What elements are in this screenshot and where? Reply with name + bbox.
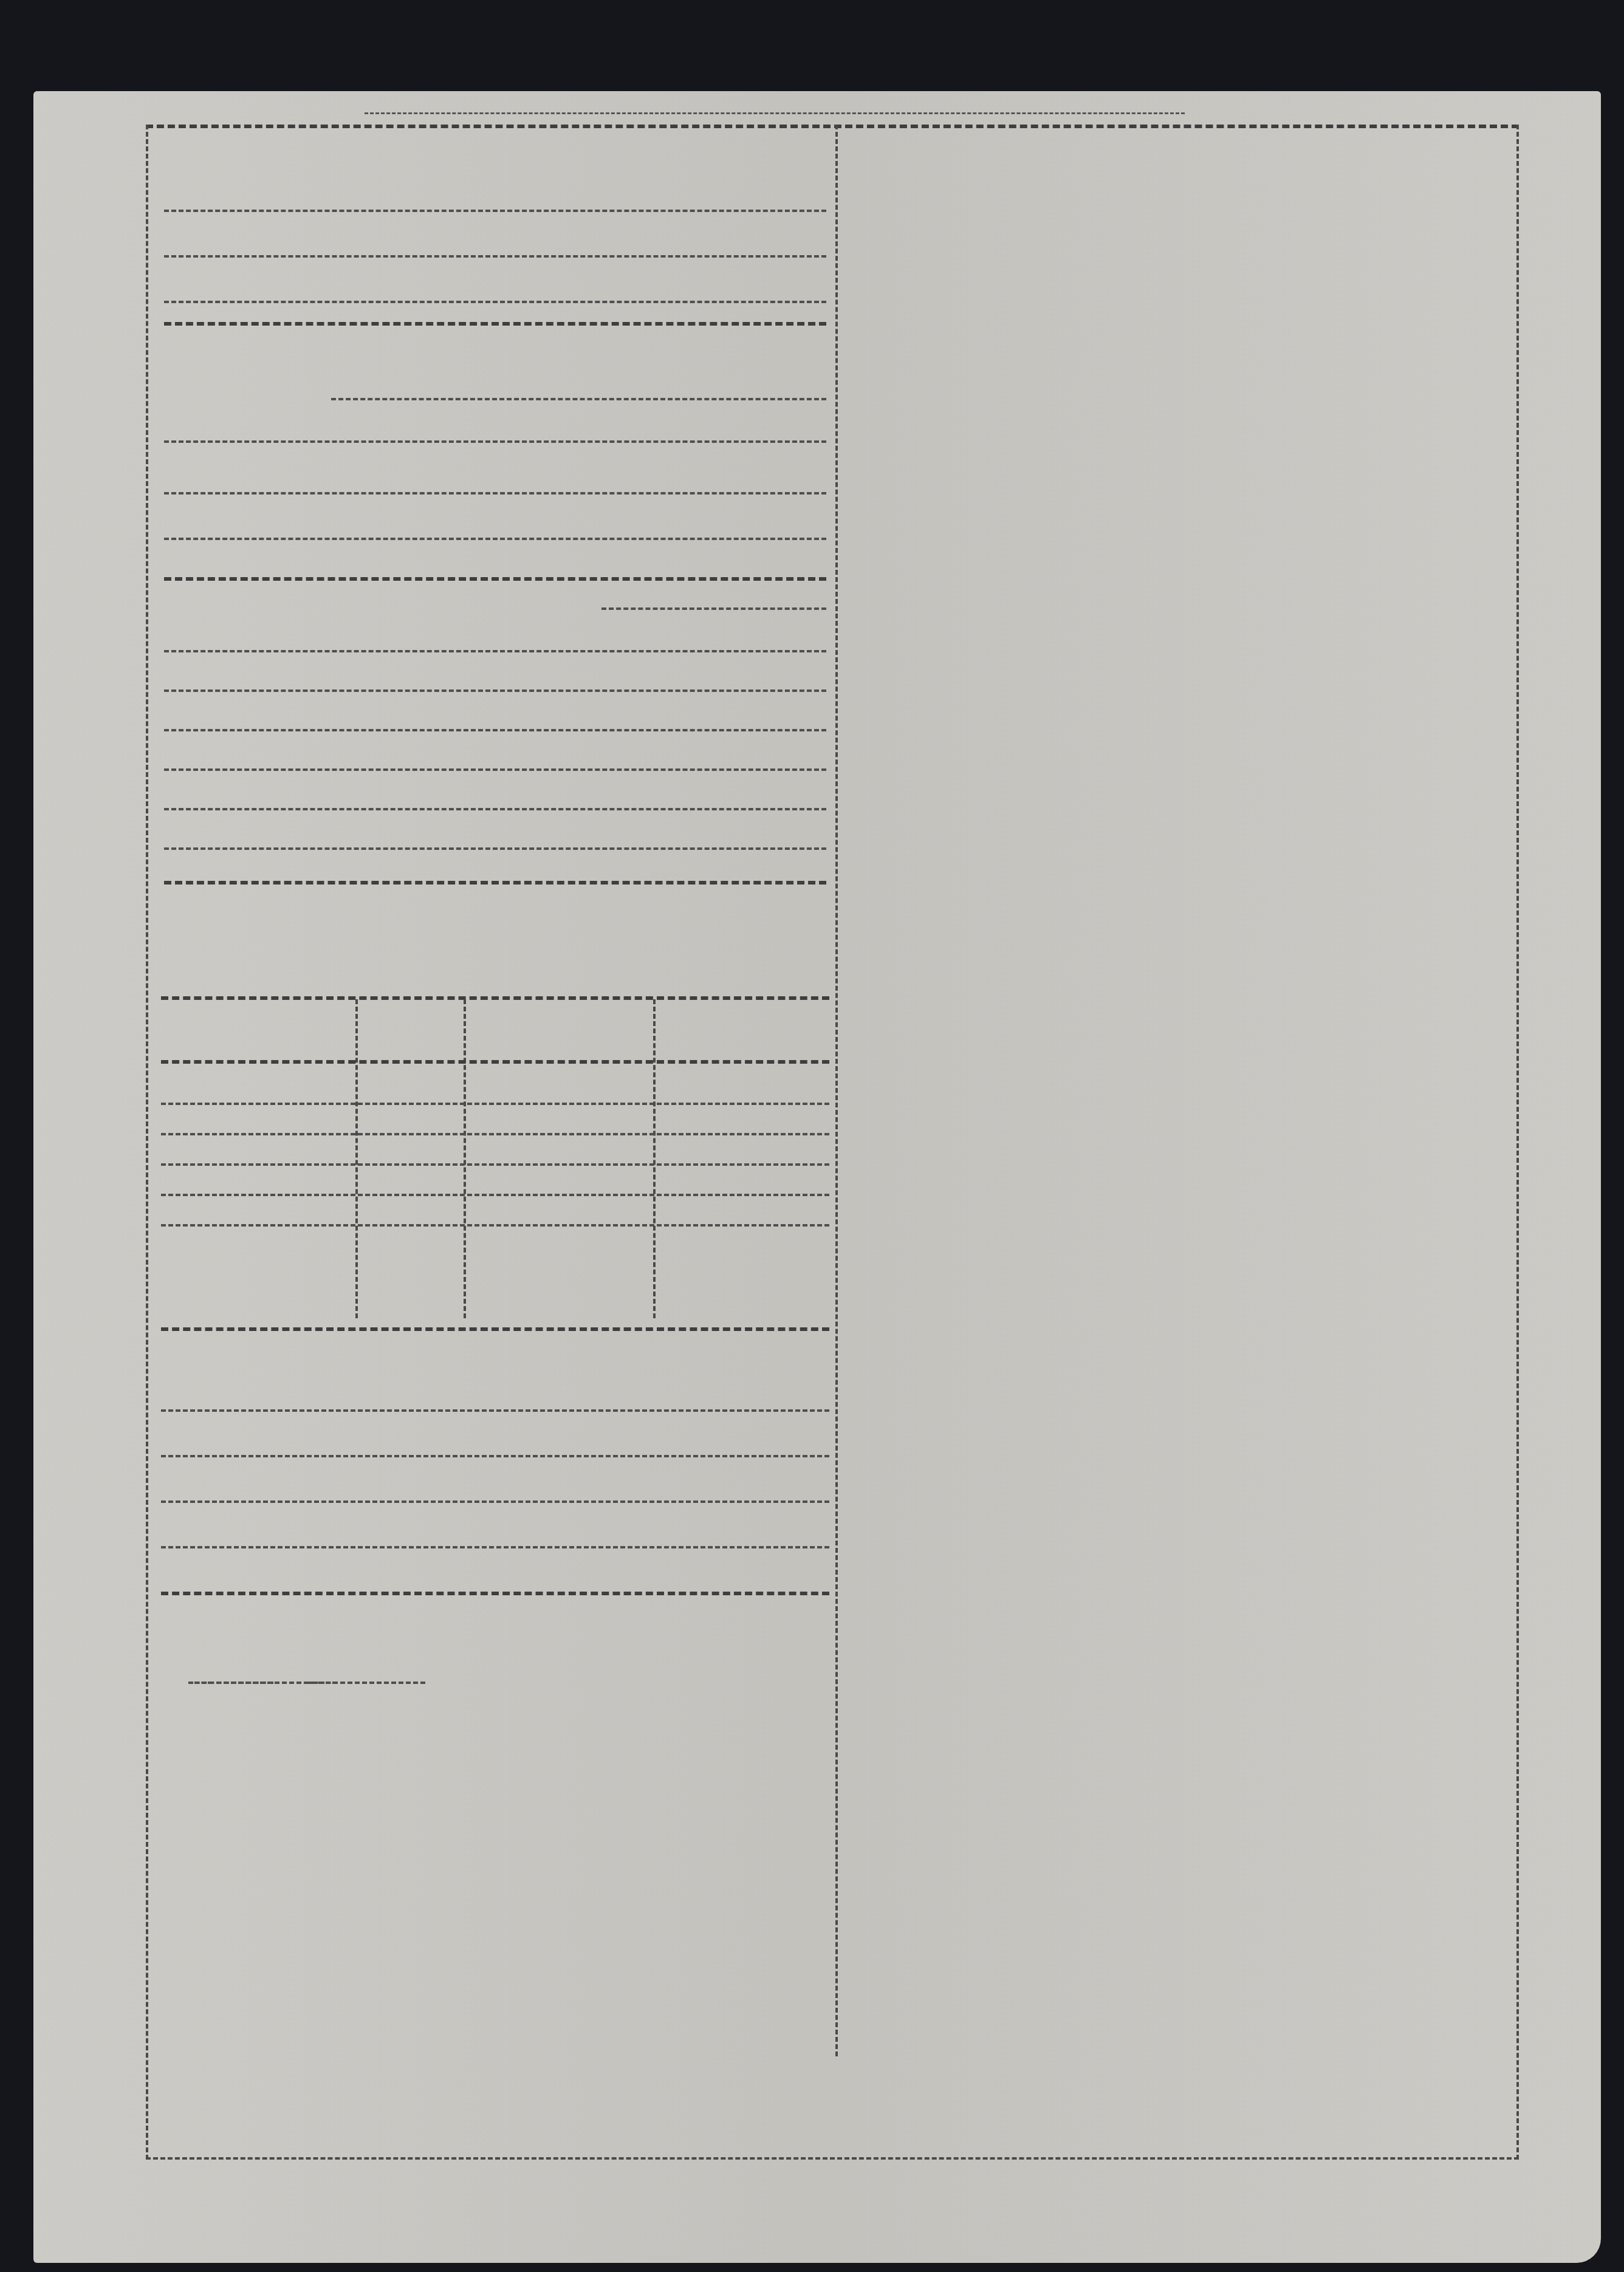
table-row: [161, 1133, 829, 1135]
form-frame: [146, 125, 1519, 2160]
column-divider: [835, 125, 838, 2056]
col-divider: [355, 999, 358, 1318]
rule: [331, 398, 826, 400]
table-top-rule: [161, 996, 829, 1000]
rule: [164, 440, 826, 443]
section-rule: [161, 1327, 829, 1331]
rule: [164, 729, 826, 731]
rule: [164, 301, 826, 303]
year-blank: [307, 1682, 337, 1684]
top-rule: [365, 112, 1185, 114]
section-rule: [164, 322, 826, 326]
rule: [164, 210, 826, 212]
table-row: [161, 1224, 829, 1227]
rule: [161, 1500, 829, 1503]
col-divider: [653, 999, 656, 1318]
rule: [164, 492, 826, 494]
table-row: [161, 1103, 829, 1105]
section-rule: [164, 577, 826, 581]
rule: [164, 808, 826, 810]
col-divider: [464, 999, 466, 1318]
rule: [161, 1409, 829, 1412]
section-rule: [161, 1592, 829, 1595]
rule: [164, 650, 826, 652]
rule: [164, 255, 826, 258]
rule: [164, 768, 826, 771]
table-row: [161, 1163, 829, 1166]
table-row: [161, 1194, 829, 1196]
rule: [164, 538, 826, 540]
rule: [601, 607, 826, 610]
rule: [164, 689, 826, 692]
header-bottom-rule: [161, 1060, 829, 1064]
rule: [161, 1455, 829, 1457]
rule: [164, 847, 826, 850]
section-rule: [164, 881, 826, 885]
rule: [161, 1546, 829, 1548]
